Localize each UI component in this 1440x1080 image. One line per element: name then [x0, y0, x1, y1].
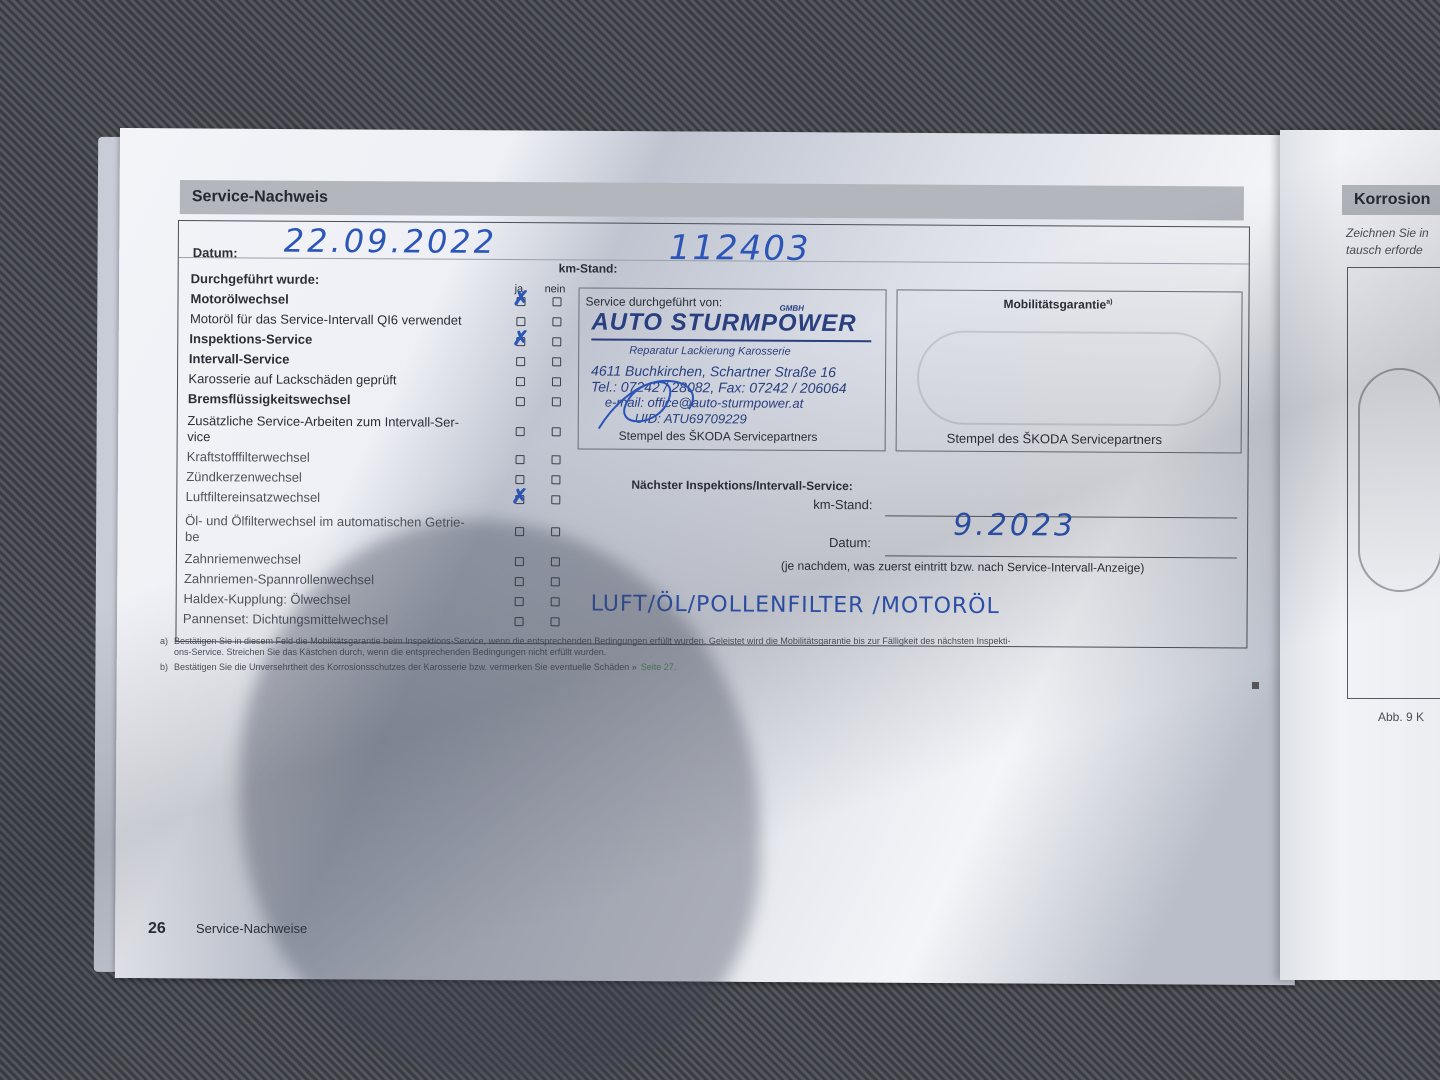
right-section-title: Korrosion — [1354, 191, 1430, 209]
checkbox-no[interactable] — [552, 377, 561, 386]
checklist-item-label-cont: be — [185, 529, 200, 544]
mobility-title: Mobilitätsgarantiea) — [1003, 297, 1112, 312]
checkbox-no[interactable] — [551, 617, 560, 626]
next-note: (je nachdem, was zuerst eintritt bzw. na… — [781, 559, 1145, 575]
end-marker — [1252, 682, 1259, 689]
stamp-suffix: GMBH — [779, 304, 804, 313]
checkbox-yes[interactable] — [516, 357, 525, 366]
check-mark-icon: ✗ — [511, 487, 528, 507]
handwritten-note: LUFT/ÖL/POLLENFILTER /MOTORÖL — [591, 592, 1000, 619]
service-stamp-box: Service durchgeführt von: AUTO STURMPOWE… — [578, 287, 887, 451]
service-date: 22.09.2022 — [284, 222, 497, 261]
checkbox-yes[interactable] — [516, 427, 525, 436]
checklist-item-label: Motoröl für das Service-Intervall QI6 ve… — [190, 311, 462, 328]
checklist-item-label: Inspektions-Service — [189, 331, 312, 347]
checkbox-no[interactable] — [551, 577, 560, 586]
checklist-item-label: Intervall-Service — [189, 351, 290, 367]
service-by-label: Service durchgeführt von: — [585, 294, 722, 309]
checkbox-yes[interactable] — [516, 455, 525, 464]
check-mark-icon: ✗ — [512, 329, 529, 349]
checklist-item-label: Motorölwechsel — [190, 291, 288, 307]
date-label: Datum: — [193, 245, 238, 260]
footnote-mark: a) — [160, 636, 168, 646]
footnote-mark: b) — [160, 662, 168, 672]
mobility-box: Mobilitätsgarantiea) Stempel des ŠKODA S… — [896, 289, 1243, 453]
checkbox-no[interactable] — [552, 455, 561, 464]
next-km-label: km-Stand: — [813, 497, 872, 512]
checklist-item-label: Zahnriemen-Spannrollenwechsel — [184, 571, 374, 587]
checkbox-yes[interactable] — [515, 475, 524, 484]
section-header: Service-Nachweis — [180, 180, 1244, 220]
checklist-item-label-cont: vice — [187, 429, 210, 444]
section-title: Service-Nachweis — [192, 188, 328, 207]
checkbox-yes[interactable] — [515, 557, 524, 566]
checklist-item-label: Zahnriemenwechsel — [184, 551, 300, 567]
checkbox-no[interactable] — [552, 427, 561, 436]
right-intro-1: Zeichnen Sie in — [1346, 226, 1429, 240]
checkbox-no[interactable] — [552, 297, 561, 306]
checkbox-yes[interactable] — [515, 577, 524, 586]
checkbox-no[interactable] — [551, 557, 560, 566]
next-date-value: 9.2023 — [953, 508, 1076, 544]
right-intro-2: tausch erforde — [1346, 243, 1423, 257]
checklist-item-label: Zusätzliche Service-Arbeiten zum Interva… — [187, 413, 459, 430]
figure-caption: Abb. 9 K — [1378, 710, 1424, 724]
checkbox-yes[interactable] — [516, 397, 525, 406]
checklist-item-label: Luftfiltereinsatzwechsel — [186, 489, 320, 505]
right-figure — [1347, 267, 1440, 699]
performed-label: Durchgeführt wurde: — [191, 271, 320, 287]
checklist-item-label: Zündkerzenwechsel — [186, 469, 302, 485]
footnote-text: Bestätigen Sie in diesem Feld die Mobili… — [174, 636, 1010, 646]
checklist-item-label: Pannenset: Dichtungsmittelwechsel — [183, 611, 388, 627]
footnote-text: ons-Service. Streichen Sie das Kästchen … — [174, 647, 606, 657]
checkbox-yes[interactable] — [516, 317, 525, 326]
check-mark-icon: ✗ — [512, 289, 529, 309]
km-value: 112403 — [669, 228, 811, 269]
next-service-label: Nächster Inspektions/Intervall-Service: — [631, 478, 853, 493]
stamp-caption-right: Stempel des ŠKODA Servicepartners — [947, 431, 1162, 447]
page-number: 26 — [148, 920, 166, 938]
col-no: nein — [545, 283, 566, 295]
footnote-text: Bestätigen Sie die Unversehrtheit des Ko… — [174, 662, 676, 672]
page-link[interactable]: Seite 27. — [641, 662, 677, 672]
page-footer-title: Service-Nachweise — [196, 921, 307, 936]
checkbox-no[interactable] — [551, 597, 560, 606]
checkbox-yes[interactable] — [515, 597, 524, 606]
checkbox-no[interactable] — [552, 317, 561, 326]
next-date-label: Datum: — [829, 535, 871, 550]
checkbox-yes[interactable] — [515, 527, 524, 536]
checkbox-no[interactable] — [551, 527, 560, 536]
checkbox-yes[interactable] — [516, 377, 525, 386]
checkbox-yes[interactable] — [515, 617, 524, 626]
checkbox-no[interactable] — [551, 475, 560, 484]
km-label: km-Stand: — [559, 261, 618, 275]
checklist-item-label: Kraftstofffilterwechsel — [187, 449, 310, 465]
signature — [589, 359, 729, 440]
checklist-item-label: Haldex-Kupplung: Ölwechsel — [183, 591, 350, 607]
checklist-item-label: Öl- und Ölfilterwechsel im automatischen… — [185, 513, 465, 530]
checklist-item-label: Karosserie auf Lackschäden geprüft — [188, 371, 396, 387]
checkbox-no[interactable] — [552, 357, 561, 366]
checklist-item-label: Bremsflüssigkeitswechsel — [188, 391, 351, 407]
checkbox-no[interactable] — [551, 495, 560, 504]
stamp-company: AUTO STURMPOWER — [591, 309, 856, 339]
right-section-header: Korrosion — [1342, 185, 1440, 215]
checkbox-no[interactable] — [552, 397, 561, 406]
checkbox-no[interactable] — [552, 337, 561, 346]
stamp-services: Reparatur Lackierung Karosserie — [629, 345, 790, 358]
service-form: Datum: 22.09.2022 km-Stand: 112403 Durch… — [175, 220, 1250, 649]
